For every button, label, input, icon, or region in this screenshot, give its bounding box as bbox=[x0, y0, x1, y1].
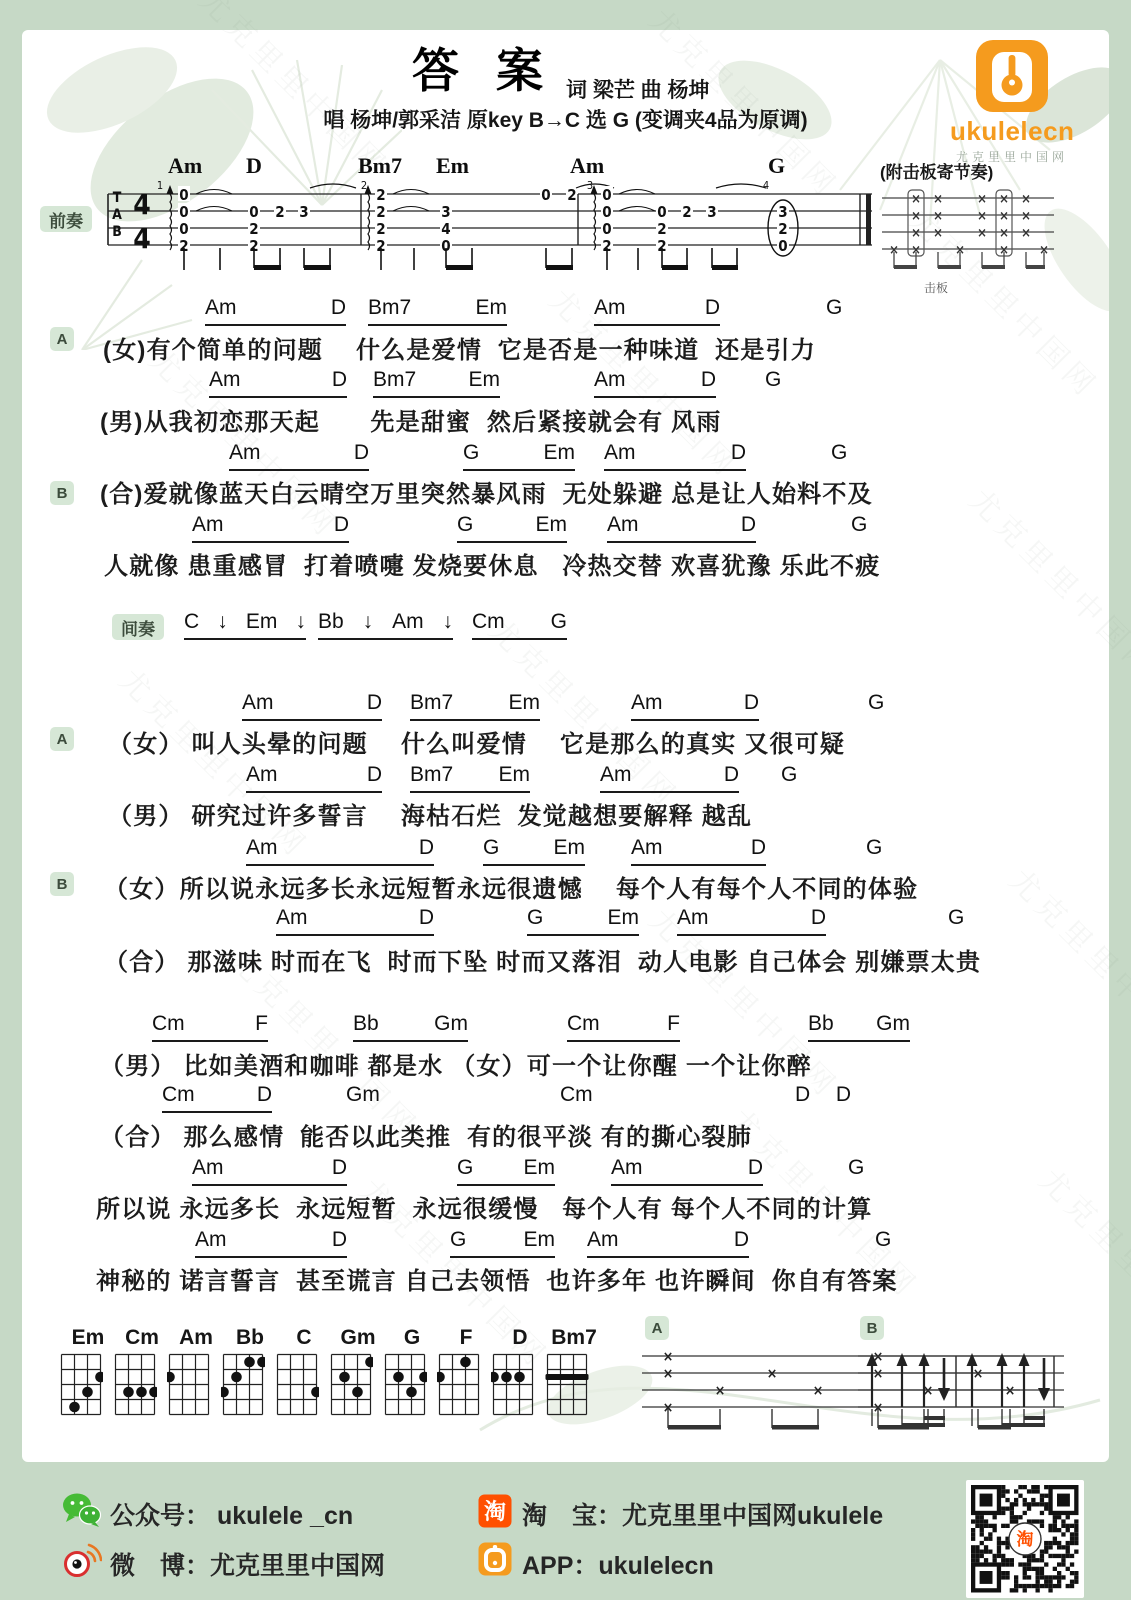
chord-label: Am bbox=[192, 513, 224, 537]
chord-label: D bbox=[419, 836, 434, 860]
chord-label: Am bbox=[205, 296, 237, 320]
chord-group: C↓Em↓ bbox=[184, 610, 306, 640]
svg-text:0: 0 bbox=[541, 186, 550, 204]
lyric-line: （合） 那么感情 能否以此类推 有的很平淡 有的撕心裂肺 bbox=[100, 1117, 752, 1152]
chord-label: G bbox=[463, 441, 479, 465]
svg-text:×: × bbox=[1021, 209, 1031, 224]
chord-label: G bbox=[457, 513, 473, 537]
chord-group: DD bbox=[795, 1083, 851, 1111]
chord-label: Cm bbox=[162, 1083, 195, 1107]
chord-label: Am bbox=[631, 691, 663, 715]
svg-text:×: × bbox=[999, 192, 1009, 207]
intro-badge: 前奏 bbox=[40, 206, 92, 232]
svg-text:4: 4 bbox=[133, 188, 151, 221]
intro-chord-label: G bbox=[768, 153, 785, 179]
chord-label: D bbox=[744, 691, 759, 715]
intro-tab-staff: TAB441000202223222223400230002022234320 bbox=[100, 180, 890, 302]
chord-group: AmD bbox=[195, 1228, 347, 1258]
chord-label: Gm bbox=[346, 1083, 380, 1107]
chord-label: F bbox=[255, 1012, 268, 1036]
chord-line: AmDGEmAmDG bbox=[0, 836, 1131, 868]
svg-text:0: 0 bbox=[179, 186, 188, 204]
lyric-line: 所以说 永远多长 永远短暂 永远很缓慢 每个人有 每个人不同的计算 bbox=[96, 1189, 872, 1224]
chord-label: G bbox=[527, 906, 543, 930]
chord-group: AmD bbox=[631, 836, 766, 866]
svg-text:0: 0 bbox=[602, 220, 611, 238]
chord-diagram-name: F bbox=[437, 1326, 495, 1350]
chord-line: AmDGEmAmDG bbox=[0, 1156, 1131, 1188]
chord-group: Gm bbox=[346, 1083, 380, 1111]
chord-group: BbGm bbox=[808, 1012, 910, 1042]
chord-group: AmD bbox=[611, 1156, 763, 1186]
chord-label: C bbox=[184, 610, 199, 634]
chord-label: D bbox=[724, 763, 739, 787]
chord-label: Am bbox=[600, 763, 632, 787]
chord-group: G bbox=[826, 296, 842, 324]
chord-label: G bbox=[875, 1228, 891, 1252]
chord-group: GEm bbox=[463, 441, 575, 471]
chord-label: G bbox=[866, 836, 882, 860]
chord-group: AmD bbox=[604, 441, 746, 471]
chord-group: AmD bbox=[276, 906, 434, 936]
chord-label: Gm bbox=[876, 1012, 910, 1036]
chord-diagram-name: Bb bbox=[221, 1326, 279, 1350]
chord-group: AmD bbox=[600, 763, 739, 793]
chord-group: AmD bbox=[209, 368, 347, 398]
svg-text:×: × bbox=[663, 1366, 674, 1382]
lyric-line: (女)有个简单的问题 什么是爱情 它是否是一种味道 还是引力 bbox=[103, 330, 816, 365]
svg-text:0: 0 bbox=[249, 203, 258, 221]
svg-text:×: × bbox=[933, 209, 943, 224]
chord-label: Am bbox=[192, 1156, 224, 1180]
song-title: 答 案 bbox=[412, 34, 555, 101]
rhythm-caption: (附击板寄节奏) bbox=[880, 158, 993, 183]
chord-group: AmD bbox=[677, 906, 826, 936]
svg-text:2: 2 bbox=[275, 203, 284, 221]
chord-diagram: D bbox=[491, 1326, 549, 1418]
lyric-line: (合)爱就像蓝天白云晴空万里突然暴风雨 无处躲避 总是让人始料不及 bbox=[100, 474, 873, 509]
chord-label: D bbox=[332, 1228, 347, 1252]
svg-text:B: B bbox=[112, 224, 122, 240]
chord-group: AmD bbox=[246, 763, 382, 793]
chord-label: D bbox=[751, 836, 766, 860]
chord-diagram-name: C bbox=[275, 1326, 333, 1350]
chord-label: G bbox=[765, 368, 781, 392]
ukulele-logo-icon bbox=[976, 40, 1048, 112]
taobao-icon: 淘 bbox=[478, 1494, 512, 1528]
chord-label: G bbox=[551, 610, 567, 634]
svg-text:×: × bbox=[977, 192, 987, 207]
chord-label: Bb bbox=[318, 610, 344, 634]
chord-line: AmDBm7EmAmDG bbox=[0, 296, 1131, 328]
svg-text:0: 0 bbox=[602, 186, 611, 204]
chord-label: D bbox=[795, 1083, 810, 1107]
chord-group: AmD bbox=[246, 836, 434, 866]
svg-text:4: 4 bbox=[133, 222, 151, 255]
svg-text:淘: 淘 bbox=[1017, 1529, 1034, 1549]
svg-text:×: × bbox=[911, 192, 921, 207]
chord-label: D bbox=[419, 906, 434, 930]
chord-group: AmD bbox=[192, 513, 349, 543]
pattern-b-badge: B bbox=[860, 1316, 884, 1340]
svg-text:0: 0 bbox=[657, 203, 666, 221]
section-badge: A bbox=[50, 327, 74, 351]
chord-group: AmD bbox=[229, 441, 369, 471]
chord-diagram: F bbox=[437, 1326, 495, 1418]
chord-label: Em bbox=[524, 1156, 556, 1180]
chord-group: AmD bbox=[587, 1228, 749, 1258]
chord-label: D bbox=[701, 368, 716, 392]
chord-label: Cm bbox=[472, 610, 505, 634]
chord-diagram-name: G bbox=[383, 1326, 441, 1350]
chord-label: D bbox=[332, 1156, 347, 1180]
chord-sheet-page: 尤克里里中国网尤克里里中国网尤克里里中国网尤克里里中国网尤克里里中国网尤克里里中… bbox=[0, 0, 1131, 1600]
chord-diagram-name: Am bbox=[167, 1326, 225, 1350]
chord-label: G bbox=[457, 1156, 473, 1180]
chord-group: GEm bbox=[457, 513, 567, 543]
chord-line: AmDGEmAmDG bbox=[0, 906, 1131, 938]
chord-diagram-name: Gm bbox=[329, 1326, 387, 1350]
app-name-label: APP：ukulelecn bbox=[522, 1546, 714, 1582]
svg-text:3: 3 bbox=[778, 203, 787, 221]
svg-text:2: 2 bbox=[249, 220, 258, 238]
chord-group: G bbox=[868, 691, 884, 719]
chord-label: Gm bbox=[434, 1012, 468, 1036]
chord-group: GEm bbox=[457, 1156, 555, 1186]
svg-text:×: × bbox=[933, 192, 943, 207]
chord-label: G bbox=[948, 906, 964, 930]
chord-line: AmDBm7EmAmDG bbox=[0, 691, 1131, 723]
chord-label: Em bbox=[554, 836, 586, 860]
chord-label: G bbox=[831, 441, 847, 465]
chord-line: AmDGEmAmDG bbox=[0, 1228, 1131, 1260]
chord-label: Am bbox=[195, 1228, 227, 1252]
chord-label: Am bbox=[611, 1156, 643, 1180]
chord-line: AmDGEmAmDG bbox=[0, 441, 1131, 473]
svg-text:2: 2 bbox=[567, 186, 576, 204]
svg-text:×: × bbox=[911, 226, 921, 241]
chord-line: AmDBm7EmAmDG bbox=[0, 763, 1131, 795]
svg-text:0: 0 bbox=[179, 203, 188, 221]
svg-text:×: × bbox=[977, 209, 987, 224]
svg-text:0: 0 bbox=[778, 237, 787, 255]
chord-label: Am bbox=[604, 441, 636, 465]
intro-chord-label: Em bbox=[436, 153, 469, 179]
chord-label: Em bbox=[524, 1228, 556, 1252]
svg-text:3: 3 bbox=[707, 203, 716, 221]
svg-text:×: × bbox=[911, 209, 921, 224]
taobao-shop-label: 淘 宝：尤克里里中国网ukulele bbox=[522, 1496, 883, 1532]
lyric-line: (男)从我初恋那天起 先是甜蜜 然后紧接就会有 风雨 bbox=[100, 402, 722, 437]
chord-label: Am bbox=[594, 296, 626, 320]
svg-text:×: × bbox=[977, 226, 987, 241]
wechat-account-label: 公众号： ukulele _cn bbox=[110, 1496, 353, 1532]
svg-text:淘: 淘 bbox=[484, 1499, 506, 1524]
chord-group: Bb↓Am↓ bbox=[318, 610, 453, 640]
chord-diagram: Bm7 bbox=[545, 1326, 603, 1418]
chord-diagram: Am bbox=[167, 1326, 225, 1418]
chord-group: CmF bbox=[567, 1012, 680, 1042]
svg-text:×: × bbox=[767, 1366, 778, 1382]
chord-label: Am bbox=[209, 368, 241, 392]
chord-group: AmD bbox=[192, 1156, 347, 1186]
chord-label: Am bbox=[276, 906, 308, 930]
chord-label: Em bbox=[544, 441, 576, 465]
section-badge: B bbox=[50, 481, 74, 505]
section-badge: B bbox=[50, 872, 74, 896]
chord-group: Bm7Em bbox=[410, 763, 530, 793]
svg-text:2: 2 bbox=[778, 220, 787, 238]
svg-text:1: 1 bbox=[157, 180, 163, 192]
chord-diagram-name: Em bbox=[59, 1326, 117, 1350]
chord-label: Am bbox=[242, 691, 274, 715]
lyric-line: （女） 叫人头晕的问题 什么叫爱情 它是那么的真实 又很可疑 bbox=[108, 724, 845, 759]
chord-label: Cm bbox=[560, 1083, 593, 1107]
svg-text:2: 2 bbox=[376, 220, 385, 238]
chord-label: ↓ bbox=[296, 610, 307, 634]
lyric-line: 人就像 患重感冒 打着喷嚏 发烧要休息 冷热交替 欢喜犹豫 乐此不疲 bbox=[104, 546, 880, 581]
svg-text:×: × bbox=[933, 226, 943, 241]
pattern-a-badge: A bbox=[645, 1316, 669, 1340]
chord-group: Bm7Em bbox=[410, 691, 540, 721]
intro-chord-label: Bm7 bbox=[358, 153, 402, 179]
chord-label: Cm bbox=[567, 1012, 600, 1036]
chord-group: G bbox=[781, 763, 797, 791]
chord-label: Em bbox=[246, 610, 278, 634]
svg-text:×: × bbox=[999, 226, 1009, 241]
chord-label: D bbox=[332, 368, 347, 392]
svg-text:2: 2 bbox=[657, 220, 666, 238]
chord-label: D bbox=[741, 513, 756, 537]
logo-name: ukulelecn bbox=[950, 116, 1074, 147]
chord-label: D bbox=[748, 1156, 763, 1180]
chord-label: D bbox=[354, 441, 369, 465]
chord-label: D bbox=[257, 1083, 272, 1107]
intro-chord-label: Am bbox=[168, 153, 202, 179]
svg-text:0: 0 bbox=[602, 203, 611, 221]
lyric-line: （女）所以说永远多长永远短暂永远很遗憾 每个人有每个人不同的体验 bbox=[104, 869, 918, 904]
chord-label: Bm7 bbox=[368, 296, 411, 320]
chord-group: GEm bbox=[450, 1228, 555, 1258]
weibo-icon bbox=[62, 1540, 102, 1578]
chord-label: G bbox=[483, 836, 499, 860]
svg-text:击板: 击板 bbox=[924, 280, 948, 295]
taobao-qr-code: 淘 bbox=[966, 1480, 1084, 1598]
svg-text:3: 3 bbox=[299, 203, 308, 221]
chord-diagram-name: D bbox=[491, 1326, 549, 1350]
svg-text:A: A bbox=[112, 207, 122, 223]
chord-diagram: Cm bbox=[113, 1326, 171, 1418]
chord-group: G bbox=[831, 441, 847, 469]
lyric-line: （男） 研究过许多誓言 海枯石烂 发觉越想要解释 越乱 bbox=[108, 796, 752, 831]
chord-label: Em bbox=[536, 513, 568, 537]
chord-group: CmD bbox=[162, 1083, 272, 1113]
chord-diagram-name: Bm7 bbox=[545, 1326, 603, 1350]
chord-group: G bbox=[866, 836, 882, 864]
chord-label: G bbox=[450, 1228, 466, 1252]
svg-text:×: × bbox=[813, 1383, 824, 1399]
chord-label: Em bbox=[509, 691, 541, 715]
chord-label: D bbox=[731, 441, 746, 465]
chord-line: CmFBbGmCmFBbGm bbox=[0, 1012, 1131, 1044]
chord-label: Em bbox=[476, 296, 508, 320]
chord-label: G bbox=[868, 691, 884, 715]
chord-label: G bbox=[848, 1156, 864, 1180]
svg-text:2: 2 bbox=[682, 203, 691, 221]
svg-text:0: 0 bbox=[179, 220, 188, 238]
pattern-b-staff bbox=[856, 1348, 1068, 1436]
chord-label: G bbox=[781, 763, 797, 787]
chord-group: G bbox=[765, 368, 781, 396]
clap-rhythm-staff: ××××××××××××××××××××击板 bbox=[880, 184, 1056, 304]
chord-label: D bbox=[734, 1228, 749, 1252]
chord-diagram: Em bbox=[59, 1326, 117, 1418]
chord-label: ↓ bbox=[217, 610, 228, 634]
chord-group: G bbox=[875, 1228, 891, 1256]
lyric-line: 神秘的 诺言誓言 甚至谎言 自己去领悟 也许多年 也许瞬间 你自有答案 bbox=[96, 1261, 898, 1296]
chord-diagram: Gm bbox=[329, 1326, 387, 1418]
svg-text:T: T bbox=[113, 190, 122, 206]
chord-group: Bm7Em bbox=[368, 296, 507, 326]
chord-label: Am bbox=[594, 368, 626, 392]
chord-label: Bb bbox=[808, 1012, 834, 1036]
chord-group: Bm7Em bbox=[373, 368, 500, 398]
svg-text:×: × bbox=[1021, 192, 1031, 207]
app-icon bbox=[478, 1542, 512, 1576]
lyricist-composer-credit: 词 梁芒 曲 杨坤 bbox=[566, 74, 710, 104]
intro-chord-label: D bbox=[246, 153, 262, 179]
chord-label: D bbox=[331, 296, 346, 320]
svg-text:2: 2 bbox=[376, 203, 385, 221]
chord-label: G bbox=[851, 513, 867, 537]
chord-group: BbGm bbox=[353, 1012, 468, 1042]
lyric-line: （男） 比如美酒和咖啡 都是水 （女）可一个让你醒 一个让你醉 bbox=[100, 1046, 812, 1081]
svg-text:3: 3 bbox=[441, 203, 450, 221]
chord-group: AmD bbox=[594, 368, 716, 398]
chord-label: D bbox=[811, 906, 826, 930]
chord-diagram: Bb bbox=[221, 1326, 279, 1418]
chord-label: Bm7 bbox=[373, 368, 416, 392]
chord-group: GEm bbox=[527, 906, 639, 936]
chord-label: D bbox=[705, 296, 720, 320]
chord-label: Am bbox=[607, 513, 639, 537]
chord-label: D bbox=[367, 763, 382, 787]
svg-text:×: × bbox=[1021, 226, 1031, 241]
chord-label: F bbox=[667, 1012, 680, 1036]
chord-group: Cm bbox=[560, 1083, 593, 1111]
chord-label: Am bbox=[229, 441, 261, 465]
chord-label: Am bbox=[392, 610, 424, 634]
svg-text:4: 4 bbox=[763, 180, 769, 192]
chord-line: CmDGmCmDD bbox=[0, 1083, 1131, 1115]
chord-label: Am bbox=[631, 836, 663, 860]
chord-group: CmG bbox=[472, 610, 567, 640]
chord-group: AmD bbox=[242, 691, 382, 721]
chord-diagram-name: Cm bbox=[113, 1326, 171, 1350]
chord-group: CmF bbox=[152, 1012, 268, 1042]
chord-label: Bm7 bbox=[410, 691, 453, 715]
intro-chord-label: Am bbox=[570, 153, 604, 179]
chord-line: AmDBm7EmAmDG bbox=[0, 368, 1131, 400]
chord-line: AmDGEmAmDG bbox=[0, 513, 1131, 545]
chord-diagram: G bbox=[383, 1326, 441, 1418]
chord-label: D bbox=[836, 1083, 851, 1107]
lyric-line: （合） 那滋味 时而在飞 时而下坠 时而又落泪 动人电影 自己体会 别嫌票太贵 bbox=[104, 942, 981, 977]
chord-group: AmD bbox=[631, 691, 759, 721]
wechat-icon bbox=[62, 1492, 102, 1530]
chord-group: AmD bbox=[205, 296, 346, 326]
weibo-account-label: 微 博：尤克里里中国网 bbox=[110, 1546, 385, 1582]
chord-group: G bbox=[948, 906, 964, 934]
chord-label: Em bbox=[608, 906, 640, 930]
chord-label: Bm7 bbox=[410, 763, 453, 787]
chord-label: Am bbox=[677, 906, 709, 930]
chord-diagram: C bbox=[275, 1326, 333, 1418]
chord-label: ↓ bbox=[363, 610, 374, 634]
chord-label: Em bbox=[499, 763, 531, 787]
chord-line: C↓Em↓Bb↓Am↓CmG bbox=[0, 610, 1131, 642]
chord-label: Bb bbox=[353, 1012, 379, 1036]
chord-label: Am bbox=[246, 836, 278, 860]
svg-text:×: × bbox=[715, 1383, 726, 1399]
chord-label: Cm bbox=[152, 1012, 185, 1036]
chord-label: D bbox=[367, 691, 382, 715]
chord-label: Em bbox=[469, 368, 501, 392]
svg-text:×: × bbox=[999, 209, 1009, 224]
chord-group: AmD bbox=[607, 513, 756, 543]
chord-group: G bbox=[851, 513, 867, 541]
svg-text:2: 2 bbox=[376, 186, 385, 204]
chord-label: ↓ bbox=[443, 610, 454, 634]
chord-label: Am bbox=[587, 1228, 619, 1252]
chord-label: D bbox=[334, 513, 349, 537]
chord-group: GEm bbox=[483, 836, 585, 866]
chord-group: AmD bbox=[594, 296, 720, 326]
svg-text:4: 4 bbox=[441, 220, 450, 238]
chord-group: G bbox=[848, 1156, 864, 1184]
chord-label: G bbox=[826, 296, 842, 320]
chord-label: Am bbox=[246, 763, 278, 787]
section-badge: A bbox=[50, 727, 74, 751]
site-logo: ukulelecn 尤克里里中国网 bbox=[950, 40, 1074, 165]
svg-text:×: × bbox=[663, 1349, 674, 1365]
